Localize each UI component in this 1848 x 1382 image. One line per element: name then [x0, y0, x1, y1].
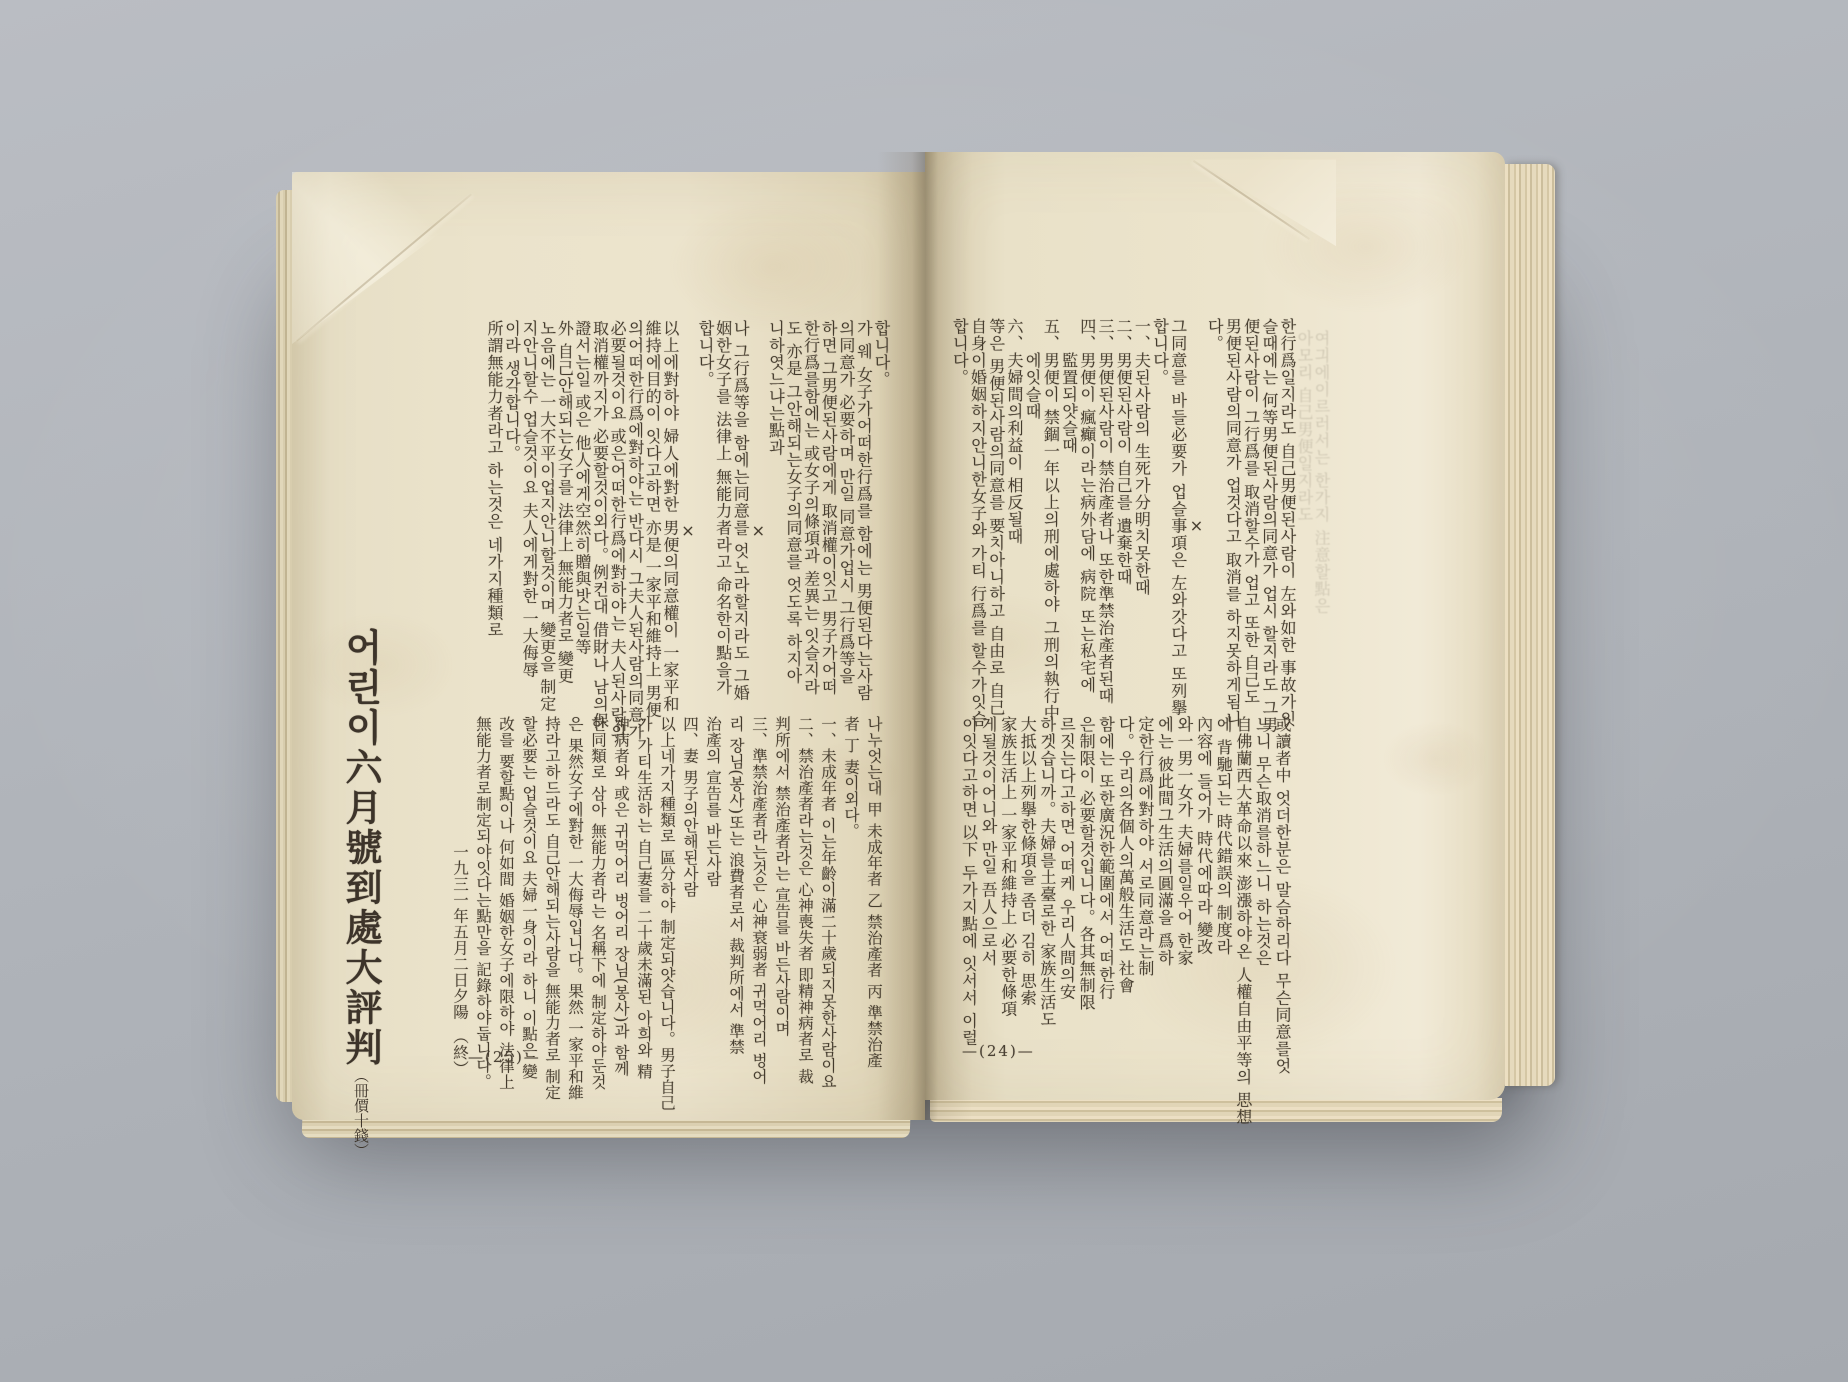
text-column: 或讀者中 엇더한분은 말슴하리다 무슨同意를엇 — [1272, 716, 1292, 1125]
book-photograph: { "colors": { "backdrop": "#b0b4ba", "pa… — [0, 0, 1848, 1382]
text-column: 한行爲일지라도 自己男便된사람이 左와如한 事故가잇 — [1278, 318, 1296, 733]
section-separator: × — [679, 320, 697, 740]
text-column: 外 自己안해되는女子를 法律上 無能力者로 變更 — [556, 320, 574, 740]
text-column: 합니다。 — [1150, 318, 1168, 733]
section-separator: × — [1187, 318, 1205, 733]
text-column: 自身이婚姻하지안니한女子와 가티 行爲를 할수가잇슴 — [968, 318, 986, 733]
page-24-bottom-text: 或讀者中 엇더한분은 말슴하리다 무슨同意를엇느니 무슨取消를하느니 하는것은自… — [959, 716, 1292, 1125]
text-column: 의어떠한行爲에對하야는 반다시 그夫人된사람의同意가 — [626, 320, 644, 740]
page-24-top-text: 한行爲일지라도 自己男便된사람이 左와如한 事故가잇슬때에는 何等男便된사람의同… — [950, 318, 1296, 733]
text-column: 이잇다고하면 以下 두가지點에 잇서서 이럴 — [959, 716, 979, 1125]
text-column: 二、男便된사람이 自己를 遺棄한때 — [1114, 318, 1132, 733]
text-column: 가 가티生活하는 自己妻를 二十歲未滿된 아희와 精 — [632, 716, 655, 1111]
text-column: 다。우리의各個人의萬般生活도 社會 — [1116, 716, 1136, 1125]
text-column: 等은 男便된사람의同意를 要치아니하고 自由로 自己 — [987, 318, 1005, 733]
text-column: 監置되얏슬때 — [1059, 318, 1077, 733]
text-column: 합니다。 — [696, 320, 714, 740]
right-page-stack-edges — [1505, 164, 1555, 1086]
text-column: 姻한女子를 法律上 無能力者라고 命名한이點을가 — [714, 320, 732, 740]
text-column: 지안니할수 업슬것이요 夫人에게對한 一大侮辱 — [521, 320, 539, 740]
text-column: 에잇슬때 — [1023, 318, 1041, 733]
text-column: 느니 무슨取消를하느니 하는것은 — [1253, 716, 1273, 1125]
text-column: 와一男一女가 夫婦를일우어 한家 — [1174, 716, 1194, 1125]
text-column: 者 丁 妻이외다。 — [839, 716, 862, 1111]
text-column: 의同意가 必要하며 만일 同意가업시 그行爲等을 — [837, 320, 855, 740]
text-column: 그同意를 바들必要가 업슬事項은 左와갓다고 또列擧 — [1169, 318, 1187, 733]
text-column: 도 亦是 그안해되는女子의同意를 엇도록 하지아 — [784, 320, 802, 740]
text-column: 所謂無能力者라고 하는것은 네가지種類로 — [485, 320, 503, 740]
text-column: 니하엿느냐는點과 — [767, 320, 785, 740]
text-column: 以上네가지種類로 區分하야 制定되얏습니다。男子自己 — [655, 716, 678, 1111]
text-column: 나누엇는대 甲 未成年者 乙 禁治產者 丙 準禁治產 — [862, 716, 885, 1111]
text-column: 三、男便된사람이 禁治產者나 또한準禁治產者된때 — [1096, 318, 1114, 733]
page-number-24: —(24)— — [962, 1042, 1035, 1060]
text-column: 리 장님(봉사)또는 浪費者로서 裁判所에서 準禁 — [724, 716, 747, 1111]
text-column: 아모리 自己男便일지라도 — [1296, 330, 1313, 614]
text-column: 六、夫婦間의利益이 相反될때 — [1005, 318, 1023, 733]
text-column: 은制限이 必要할것입니다。各其無制限 — [1076, 716, 1096, 1125]
text-column: 取消權까지가 必要할것이외다。例컨대 借財나 남의保 — [591, 320, 609, 740]
text-column: 한同類로 삼아 無能力者라는 名稱下에 制定하야둔것 — [586, 716, 609, 1111]
text-column: 슬때에는 何等男便된사람의同意가 업시 할지라도 그男 — [1260, 318, 1278, 733]
page-25-top-text: 합니다。가 웨 女子가어떠한行爲를 함에는 男便된다는사람의同意가 必要하며 만… — [485, 320, 890, 740]
text-column: 은 果然女子에對한 一大侮辱입니다。果然 一家平和維 — [563, 716, 586, 1111]
left-page-stack-edges — [276, 190, 292, 1102]
text-column: 하면 그男便된사람에게 取消權이잇고 男子가어떠 — [820, 320, 838, 740]
text-column: 證서는일 或은 他人에게空然히贈與밧는일等 — [573, 320, 591, 740]
text-column: 가 웨 女子가어떠한行爲를 함에는 男便된다는사람 — [855, 320, 873, 740]
text-column: 定한行爲에對하야 서로同意라는制 — [1135, 716, 1155, 1125]
text-column: 持라고하드라도 自己안해되는사람을 無能力者로 制定 — [540, 716, 563, 1111]
text-column: 나 그行爲等을 함에는同意를 엇노라할지라도 그婚 — [732, 320, 750, 740]
text-column: 一、未成年者 이는年齡이滿二十歲되지못한사람이요 — [816, 716, 839, 1111]
text-column: 便된사람이 그行爲를 取消할수가 업고 또한 自己도 — [1241, 318, 1259, 733]
text-column: 三、準禁治產者라는것은 心神衰弱者 귀먹어리 벙어 — [747, 716, 770, 1111]
advert-headline: 어린이六月號到處大評判 — [339, 628, 383, 1068]
text-column: 男便된사람의同意가 업것다고 取消를 하지못하게됨니 — [1223, 318, 1241, 733]
text-column: 다。 — [1205, 318, 1223, 733]
text-column: 이라 생각합니다。 — [503, 320, 521, 740]
text-column: 합니다。 — [872, 320, 890, 740]
text-column: 內容에 들어가 時代에따라 變改 — [1194, 716, 1214, 1125]
text-column: 함에는 또한廣況한範圍에서 어떠한行 — [1096, 716, 1116, 1125]
text-column: 四、男便이 瘋癲이라는病外담에 病院 또는私宅에 — [1078, 318, 1096, 733]
text-column: 治產의 宣告를 바든사람 — [701, 716, 724, 1111]
advert-price-note: （冊價十錢） — [352, 1068, 370, 1158]
page-number-25: —(25)— — [468, 1048, 541, 1066]
text-column: 維持에目的이 잇다고하면 亦是 一家平和維持上 男便 — [644, 320, 662, 740]
text-column: 합니다。 — [950, 318, 968, 733]
advert-block: 어린이六月號到處大評判（冊價十錢） — [334, 628, 388, 1158]
text-column: 必要될것이요 或은어떠한行爲에對하야는 夫人된사람의 — [609, 320, 627, 740]
text-column: 에는 彼此間그生活의圓滿을 爲하 — [1155, 716, 1175, 1125]
text-column: 自佛蘭西大革命以來 澎漲하야온 人權自由平等의 思想 — [1233, 716, 1253, 1125]
text-column: 여긔에이르러서는 한가지 注意할點은 — [1313, 330, 1330, 614]
text-column: 一、夫된사람의 生死가分明치못한때 — [1132, 318, 1150, 733]
text-column: 神病者와 或은 귀먹어리 벙어리 장님(봉사)과 함께 — [609, 716, 632, 1111]
text-column: 에 背馳되는 時代錯誤의 制度라 — [1214, 716, 1234, 1125]
text-column: 르짓는다고하면 어떠케 우리人間의安 — [1057, 716, 1077, 1125]
text-column: 五、男便이 禁錮一年以上의刑에處하야 그刑의執行中 — [1041, 318, 1059, 733]
text-column: 判所에서 禁治產者라는 宣告를 바든사람이며 — [770, 716, 793, 1111]
section-separator: × — [749, 320, 767, 740]
left-bottom-page-edges — [302, 1118, 911, 1138]
text-column: 二、禁治產者라는것은 心神喪失者 即精神病者로 裁 — [793, 716, 816, 1111]
text-column: 大抵以上列擧한條項을 좀더 김히 思索 — [1018, 716, 1038, 1125]
text-column: 家族生活上 一家平和維持上 必要한條項 — [998, 716, 1018, 1125]
text-column: 게될것이어니와 만일 吾人으로서 — [979, 716, 999, 1125]
text-column: 四、妻 男子의안해된사람 — [678, 716, 701, 1111]
text-column: 한行爲를함에는 或女子의條項과 差異는 잇슬지라 — [802, 320, 820, 740]
text-column: 以上에對하야 婦人에對한 男便의同意權이 一家平和 — [661, 320, 679, 740]
page-24-faint-text: 여긔에이르러서는 한가지 注意할點은아모리 自己男便일지라도 — [1296, 330, 1330, 614]
text-column: 노음에는 一大不平이업지안니할것이며 變更을 制定 — [538, 320, 556, 740]
text-column: 하겟습니까。夫婦를土臺로한 家族生活도 — [1037, 716, 1057, 1125]
